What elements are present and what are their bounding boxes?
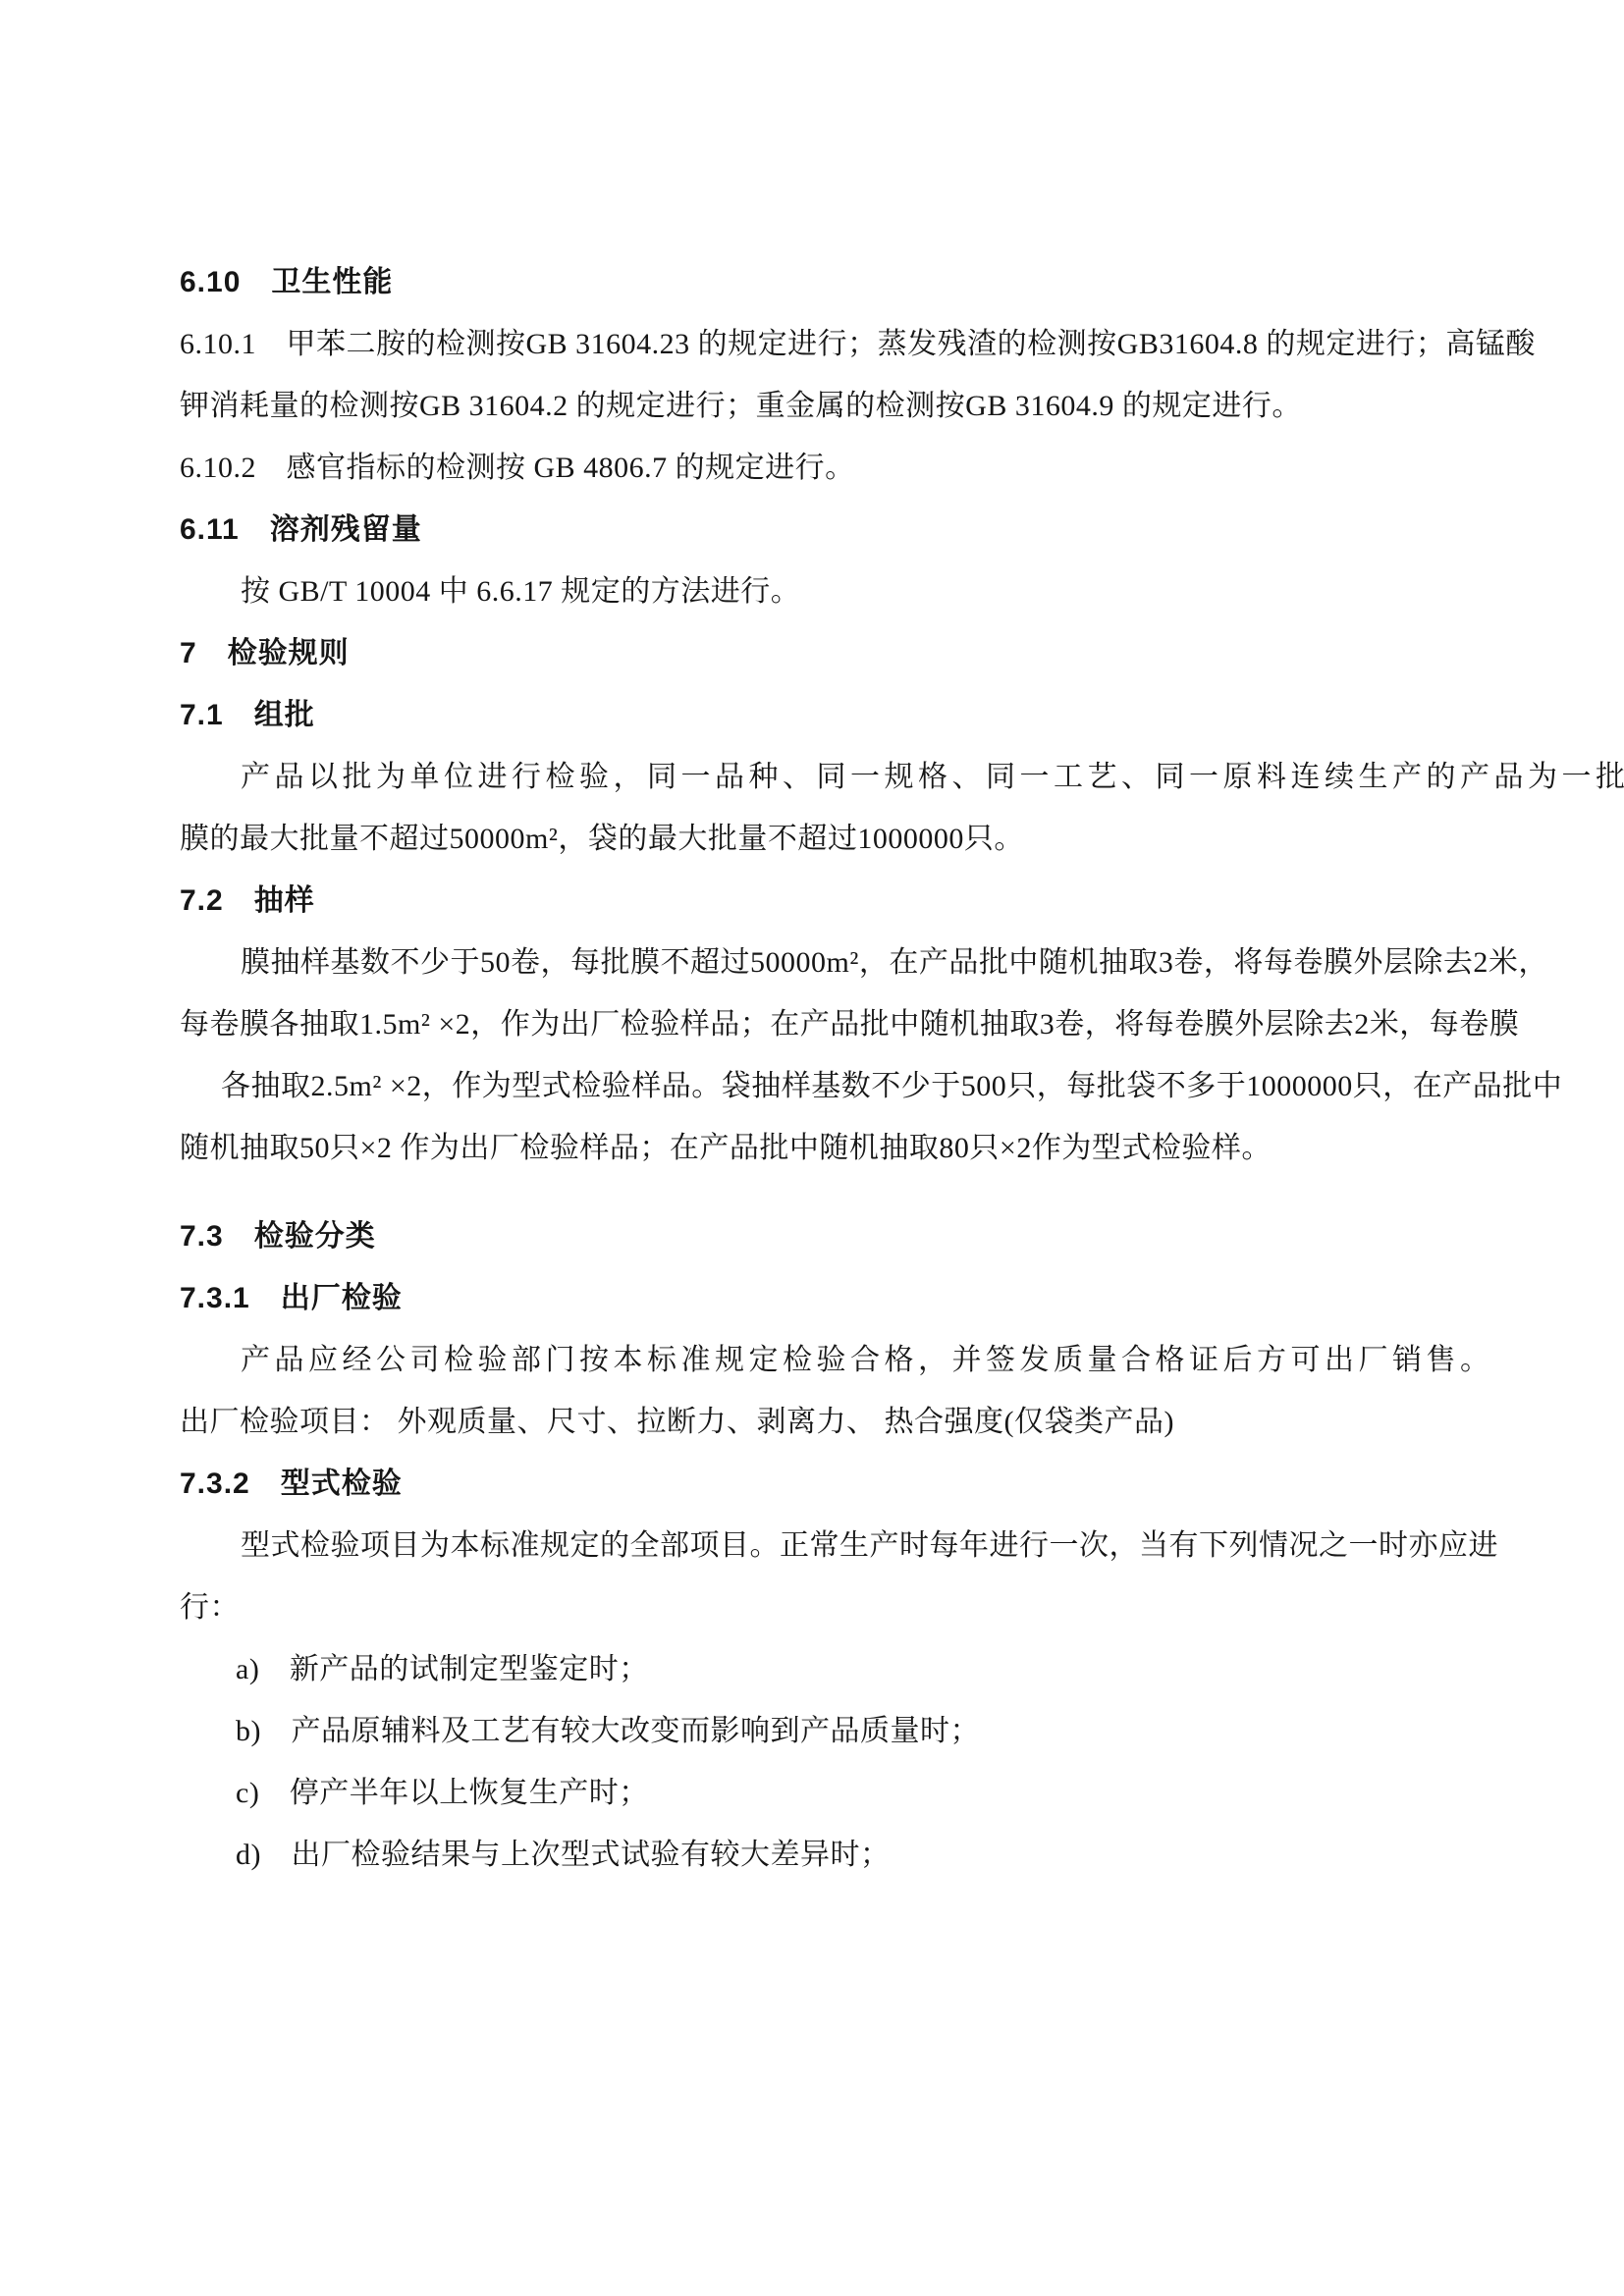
document-content: 6.10 卫生性能 6.10.1 甲苯二胺的检测按GB 31604.23 的规定… — [180, 251, 1574, 1886]
para-7-2-line1: 膜抽样基数不少于50卷，每批膜不超过50000m²，在产品批中随机抽取3卷，将每… — [180, 932, 1574, 993]
list-item-a: a) 新产品的试制定型鉴定时； — [180, 1638, 1574, 1700]
para-7-3-1-line2: 出厂检验项目： 外观质量、尺寸、拉断力、剥离力、 热合强度(仅袋类产品) — [180, 1391, 1574, 1453]
para-7-1-line1: 产品以批为单位进行检验，同一品种、同一规格、同一工艺、同一原料连续生产的产品为一… — [180, 746, 1574, 808]
para-6-10-2: 6.10.2 感官指标的检测按 GB 4806.7 的规定进行。 — [180, 437, 1574, 499]
para-7-2-line4: 随机抽取50只×2 作为出厂检验样品；在产品批中随机抽取80只×2作为型式检验样… — [180, 1117, 1574, 1179]
para-6-10-1-line1: 6.10.1 甲苯二胺的检测按GB 31604.23 的规定进行；蒸发残渣的检测… — [180, 313, 1574, 375]
para-6-10-1-line2: 钾消耗量的检测按GB 31604.2 的规定进行；重金属的检测按GB 31604… — [180, 375, 1574, 437]
section-7-3-2-heading: 7.3.2 型式检验 — [180, 1453, 1574, 1515]
para-7-3-1-line1: 产品应经公司检验部门按本标准规定检验合格，并签发质量合格证后方可出厂销售。 — [180, 1329, 1574, 1391]
para-7-2-line3: 各抽取2.5m² ×2，作为型式检验样品。袋抽样基数不少于500只，每批袋不多于… — [180, 1055, 1574, 1117]
section-7-heading: 7 检验规则 — [180, 622, 1574, 684]
list-item-c: c) 停产半年以上恢复生产时； — [180, 1762, 1574, 1824]
section-6-10-heading: 6.10 卫生性能 — [180, 251, 1574, 313]
document-page: 6.10 卫生性能 6.10.1 甲苯二胺的检测按GB 31604.23 的规定… — [0, 0, 1624, 2296]
para-7-2-line2: 每卷膜各抽取1.5m² ×2，作为出厂检验样品；在产品批中随机抽取3卷，将每卷膜… — [180, 993, 1574, 1055]
section-7-3-1-heading: 7.3.1 出厂检验 — [180, 1267, 1574, 1329]
section-7-1-heading: 7.1 组批 — [180, 684, 1574, 746]
section-6-11-heading: 6.11 溶剂残留量 — [180, 499, 1574, 561]
section-7-2-heading: 7.2 抽样 — [180, 870, 1574, 932]
section-7-3-heading: 7.3 检验分类 — [180, 1205, 1574, 1267]
para-7-1-line2: 膜的最大批量不超过50000m²，袋的最大批量不超过1000000只。 — [180, 808, 1574, 870]
para-7-3-2-line1: 型式检验项目为本标准规定的全部项目。正常生产时每年进行一次，当有下列情况之一时亦… — [180, 1515, 1574, 1576]
para-7-3-2-line2: 行： — [180, 1576, 1574, 1638]
list-item-b: b) 产品原辅料及工艺有较大改变而影响到产品质量时； — [180, 1700, 1574, 1762]
list-item-d: d) 出厂检验结果与上次型式试验有较大差异时； — [180, 1824, 1574, 1886]
para-6-11: 按 GB/T 10004 中 6.6.17 规定的方法进行。 — [180, 561, 1574, 622]
